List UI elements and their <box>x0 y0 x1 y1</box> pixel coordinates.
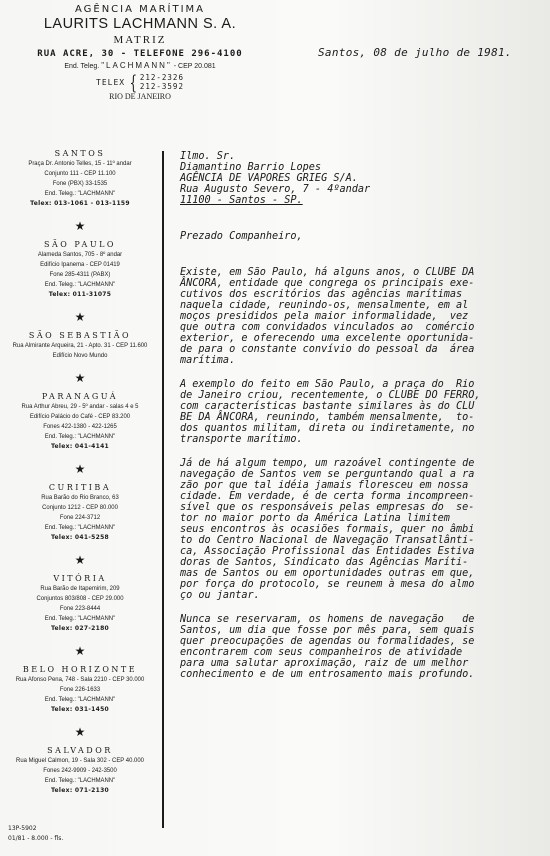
branch-office: VITÓRIARua Barão de Itapemirim, 209Conju… <box>0 573 160 634</box>
branch-office: CURITIBARua Barão do Rio Branco, 63Conju… <box>0 482 160 543</box>
branch-address-line: Fone 285-4311 (PABX) <box>8 270 152 280</box>
branch-address-line: Fone 226-1633 <box>8 685 152 695</box>
branch-telex: Telex: 027-2180 <box>0 624 160 634</box>
branch-address-line: Fone 223-8444 <box>8 604 152 614</box>
vertical-rule <box>162 151 164 828</box>
text-line: transporte marítimo. <box>180 434 548 445</box>
text-line: naquela cidade, reunindo-os, mensalmente… <box>180 300 548 311</box>
recipient-line: AGÊNCIA DE VAPORES GRIEG S/A. <box>180 173 548 184</box>
star-separator-icon: ★ <box>0 725 160 739</box>
text-line: cidade. Em verdade, é de certa forma inc… <box>180 491 548 502</box>
branch-telex: Telex: 031-1450 <box>0 705 160 715</box>
star-separator-icon: ★ <box>0 371 160 385</box>
text-line: exterior, e oferecendo uma excelente opo… <box>180 333 548 344</box>
text-line: para uma salutar aproximação, raiz de um… <box>180 658 548 669</box>
text-line: Santos, um dia que fosse por mês para, s… <box>180 625 548 636</box>
letter-paragraph: Nunca se reservaram, os homens de navega… <box>180 614 548 680</box>
branch-address-line: Conjunto 111 - CEP 11.100 <box>8 169 152 179</box>
telex-numbers: 212-2326 212-3592 <box>140 73 184 91</box>
text-line: tor no maior porto da América Latina lim… <box>180 513 548 524</box>
branch-telex: Telex: 071-2130 <box>0 786 160 796</box>
branch-address-line: Rua Barão do Rio Branco, 63 <box>8 493 152 503</box>
text-line: dos quantos militam, direta ou indiretam… <box>180 423 548 434</box>
branch-address-line: Rua Afonso Pena, 748 - Sala 2210 - CEP 3… <box>8 675 152 685</box>
recipient-line: Ilmo. Sr. <box>180 151 548 162</box>
text-line: sível que os responsáveis pelas empresas… <box>180 502 548 513</box>
text-line: ca, Associação Profissional das Entidade… <box>180 546 548 557</box>
branch-address-line: Fones 422-1380 - 422-1265 <box>8 422 152 432</box>
cep: - CEP 20.081 <box>174 63 216 70</box>
recipient-line: Diamantino Barrio Lopes <box>180 162 548 173</box>
branch-address-line: End. Teleg.: "LACHMANN" <box>8 695 152 705</box>
letterhead: AGÊNCIA MARÍTIMA LAURITS LACHMANN S. A. … <box>0 4 280 102</box>
telex-label: TELEX <box>96 78 125 87</box>
branch-telex: Telex: 011-31075 <box>0 290 160 300</box>
recipient-city-line: 11100 - Santos - SP. <box>180 195 548 206</box>
form-code: 13P-5902 <box>8 824 63 834</box>
branch-telex: Telex: 041-4141 <box>0 442 160 452</box>
text-line: zão por que tal idéia jamais floresceu e… <box>180 480 548 491</box>
branch-address-line: Edifício Palácio do Café - CEP 83.200 <box>8 412 152 422</box>
branch-address-line: End. Teleg.: "LACHMANN" <box>8 776 152 786</box>
branch-name: SANTOS <box>0 148 160 159</box>
branch-address-line: Alameda Santos, 705 - 8º andar <box>8 250 152 260</box>
text-line: Nunca se reservaram, os homens de navega… <box>180 614 548 625</box>
branch-office: SÃO PAULOAlameda Santos, 705 - 8º andarE… <box>0 239 160 300</box>
telex-block: TELEX { 212-2326 212-3592 <box>0 73 280 91</box>
letter-page: AGÊNCIA MARÍTIMA LAURITS LACHMANN S. A. … <box>0 0 550 856</box>
branch-office: PARANAGUÁRua Arthur Abreu, 29 - 5º andar… <box>0 391 160 452</box>
letter-date: Santos, 08 de julho de 1981. <box>318 46 512 59</box>
branch-address-line: Conjuntos 803/808 - CEP 29.000 <box>8 594 152 604</box>
branch-address-line: End. Teleg.: "LACHMANN" <box>8 189 152 199</box>
recipient-address: Ilmo. Sr. Diamantino Barrio Lopes AGÊNCI… <box>180 151 548 206</box>
branch-name: CURITIBA <box>0 482 160 493</box>
letter-body: Ilmo. Sr. Diamantino Barrio Lopes AGÊNCI… <box>180 151 548 680</box>
office-label: MATRIZ <box>0 33 280 47</box>
text-line: mas de Santos ou em oportunidades outras… <box>180 568 548 579</box>
text-line: Existe, em São Paulo, há alguns anos, o … <box>180 267 548 278</box>
branch-address-line: End. Teleg.: "LACHMANN" <box>8 432 152 442</box>
branch-name: VITÓRIA <box>0 573 160 584</box>
branch-address-line: Fones 242-9909 - 242-3500 <box>8 766 152 776</box>
branch-office: SALVADORRua Miguel Calmon, 19 - Sala 302… <box>0 745 160 796</box>
text-line: marítima. <box>180 355 548 366</box>
text-line: conhecimento e de um entrosamento mais p… <box>180 669 548 680</box>
telegraph-name: "LACHMANN" <box>101 61 172 70</box>
star-separator-icon: ★ <box>0 644 160 658</box>
branch-address-line: Rua Barão de Itapemirim, 209 <box>8 584 152 594</box>
branch-address-line: End. Teleg.: "LACHMANN" <box>8 280 152 290</box>
text-line: Já de há algum tempo, um razoável contin… <box>180 458 548 469</box>
form-footer: 13P-5902 01/81 - 8.000 - fls. <box>8 824 63 844</box>
text-line: por força do protocolo, se reunem à mesa… <box>180 579 548 590</box>
branch-address-line: Praça Dr. Antonio Telles, 15 - 11º andar <box>8 159 152 169</box>
branch-address-line: Rua Arthur Abreu, 29 - 5º andar - salas … <box>8 402 152 412</box>
text-line: seus encontros às ocasiões formais, quer… <box>180 524 548 535</box>
telegraph-prefix: End. Teleg. <box>64 63 99 70</box>
text-line: to do Centro Nacional de Navegação Trans… <box>180 535 548 546</box>
head-office-city: RIO DE JANEIRO <box>0 91 280 102</box>
star-separator-icon: ★ <box>0 310 160 324</box>
branch-address-line: Fone 224-3712 <box>8 513 152 523</box>
branch-address-line: Rua Almirante Arqueira, 21 - Apto. 31 - … <box>8 341 152 351</box>
text-line: de para o constante convívio do pessoal … <box>180 344 548 355</box>
text-line: cutivos dos escritórios das agências mar… <box>180 289 548 300</box>
branch-offices-sidebar: SANTOSPraça Dr. Antonio Telles, 15 - 11º… <box>0 148 160 796</box>
text-line: navegação de Santos vem se perguntando q… <box>180 469 548 480</box>
branch-office: BELO HORIZONTERua Afonso Pena, 748 - Sal… <box>0 664 160 715</box>
branch-address-line: Edifício Ipanema - CEP 01419 <box>8 260 152 270</box>
branch-office: SÃO SEBASTIÃORua Almirante Arqueira, 21 … <box>0 330 160 361</box>
text-line: que outra com convidados vinculados ao c… <box>180 322 548 333</box>
branch-address-line: End. Teleg.: "LACHMANN" <box>8 614 152 624</box>
text-line: quer preocupações de agendas ou formalid… <box>180 636 548 647</box>
agency-label: AGÊNCIA MARÍTIMA <box>0 4 280 16</box>
brace-icon: { <box>130 73 138 91</box>
branch-office: SANTOSPraça Dr. Antonio Telles, 15 - 11º… <box>0 148 160 209</box>
telegraph-line: End. Teleg. "LACHMANN" - CEP 20.081 <box>0 61 280 72</box>
telex-number: 212-3592 <box>140 82 184 91</box>
text-line: encontrarem com seus companheiros de ati… <box>180 647 548 658</box>
text-line: ço ou jantar. <box>180 590 548 601</box>
branch-name: SÃO SEBASTIÃO <box>0 330 160 341</box>
text-line: A exemplo do feito em São Paulo, a praça… <box>180 379 548 390</box>
company-name: LAURITS LACHMANN S. A. <box>0 16 280 32</box>
branch-name: PARANAGUÁ <box>0 391 160 402</box>
branch-telex: Telex: 013-1061 - 013-1159 <box>0 199 160 209</box>
branch-address-line: End. Teleg.: "LACHMANN" <box>8 523 152 533</box>
branch-address-line: Rua Miguel Calmon, 19 - Sala 302 - CEP 4… <box>8 756 152 766</box>
text-line: doras de Santos, Sindicato das Agências … <box>180 557 548 568</box>
star-separator-icon: ★ <box>0 553 160 567</box>
recipient-line: Rua Augusto Severo, 7 - 4ºandar <box>180 184 548 195</box>
branch-address-line: Fone (PBX) 33-1535 <box>8 179 152 189</box>
telex-number: 212-2326 <box>140 73 184 82</box>
branch-name: SALVADOR <box>0 745 160 756</box>
branch-address-line: Edifício Novo Mundo <box>8 351 152 361</box>
text-line: ÂNCORA, entidade que congrega os princip… <box>180 278 548 289</box>
head-office-address: RUA ACRE, 30 - TELEFONE 296-4100 <box>0 48 280 61</box>
text-line: de Janeiro criou, recentemente, o CLUBE … <box>180 390 548 401</box>
branch-name: SÃO PAULO <box>0 239 160 250</box>
branch-address-line: Conjunto 1212 - CEP 80.000 <box>8 503 152 513</box>
print-run: 01/81 - 8.000 - fls. <box>8 834 63 844</box>
branch-name: BELO HORIZONTE <box>0 664 160 675</box>
letter-paragraph: Existe, em São Paulo, há alguns anos, o … <box>180 267 548 366</box>
letter-paragraph: Já de há algum tempo, um razoável contin… <box>180 458 548 601</box>
star-separator-icon: ★ <box>0 219 160 233</box>
branch-telex: Telex: 041-5258 <box>0 533 160 543</box>
star-separator-icon: ★ <box>0 462 160 476</box>
letter-paragraph: A exemplo do feito em São Paulo, a praça… <box>180 379 548 445</box>
salutation: Prezado Companheiro, <box>180 231 548 243</box>
text-line: com características bastante similares à… <box>180 401 548 412</box>
text-line: BE DA ÂNCORA, reunindo, também mensalmen… <box>180 412 548 423</box>
text-line: moços presididos pela maior informalidad… <box>180 311 548 322</box>
letter-paragraphs: Existe, em São Paulo, há alguns anos, o … <box>180 267 548 680</box>
